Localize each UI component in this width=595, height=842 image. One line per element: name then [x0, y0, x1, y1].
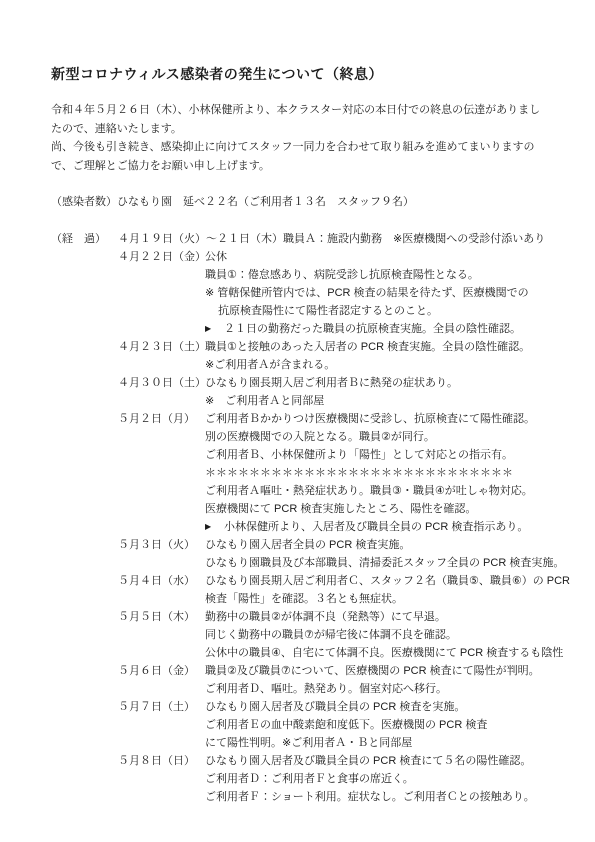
timeline-date: ５月２日（月）: [118, 410, 205, 428]
intro-line: 令和４年５月２６日（木）、小林保健所より、本クラスター対応の本日付での終息の伝達…: [51, 101, 555, 120]
timeline-text: ひなもり園職員及び本部職員、清掃委託スタッフ全員の PCR 検査実施。: [205, 554, 564, 572]
timeline-row: ５月８日（日） ひなもり園入居者及び職員全員の PCR 検査にて５名の陽性確認。: [51, 752, 555, 770]
timeline-row: ご利用者Ａ嘔吐・熱発症状あり。職員③・職員④が吐しゃ物対応。: [51, 482, 555, 500]
timeline-row: にて陽性判明。※ご利用者Ａ・Ｂと同部屋: [51, 734, 555, 752]
timeline-text: 同じく勤務中の職員⑦が帰宅後に体調不良を確認。: [205, 626, 457, 644]
timeline-row: 検査「陽性」を確認。３名とも無症状。: [51, 590, 555, 608]
timeline-row: 抗原検査陽性にて陽性者認定するとのこと。: [51, 302, 555, 320]
intro-line: で、ご理解とご協力をお願い申し上げます。: [51, 157, 555, 176]
timeline-row: ▶小林保健所より、入居者及び職員全員の PCR 検査指示あり。: [51, 518, 555, 536]
timeline-row: ※ 管轄保健所管内では、PCR 検査の結果を待たず、医療機関での: [51, 284, 555, 302]
timeline-text: ひなもり園長期入居ご利用者Ｂに熱発の症状あり。: [205, 374, 458, 392]
timeline-text: 検査「陽性」を確認。３名とも無症状。: [205, 590, 403, 608]
timeline-row: ５月５日（木） 勤務中の職員②が体調不良（発熱等）にて早退。: [51, 608, 555, 626]
timeline-row: ５月７日（土） ひなもり園入居者及び職員全員の PCR 検査を実施。: [51, 698, 555, 716]
timeline-text: ひなもり園入居者及び職員全員の PCR 検査を実施。: [205, 698, 465, 716]
timeline-row: ４月２３日（土） 職員①と接触のあった入居者の PCR 検査実施。全員の陰性確認…: [51, 338, 555, 356]
timeline-row: ご利用者Ｄ：ご利用者Ｆと食事の席近く。: [51, 770, 555, 788]
timeline-row: 同じく勤務中の職員⑦が帰宅後に体調不良を確認。: [51, 626, 555, 644]
timeline-text: 抗原検査陽性にて陽性者認定するとのこと。: [205, 302, 438, 320]
timeline-text: ひなもり園入居者全員の PCR 検査実施。: [205, 536, 410, 554]
timeline-text: 職員①と接触のあった入居者の PCR 検査実施。全員の陰性確認。: [205, 338, 530, 356]
timeline-text: ご利用者Ｄ：ご利用者Ｆと食事の席近く。: [205, 770, 414, 788]
timeline-text: 職員①：倦怠感あり、病院受診し抗原検査陽性となる。: [205, 266, 479, 284]
timeline-date: ５月８日（日）: [118, 752, 205, 770]
timeline-row: ５月３日（火） ひなもり園入居者全員の PCR 検査実施。: [51, 536, 555, 554]
timeline-text: ＊＊＊＊＊＊＊＊＊＊＊＊＊＊＊＊＊＊＊＊＊＊＊＊＊＊＊＊: [205, 464, 513, 482]
intro-line: 尚、今後も引き続き、感染抑止に向けてスタッフ一同力を合わせて取り組みを進めてまい…: [51, 138, 555, 157]
timeline-text: 勤務中の職員②が体調不良（発熱等）にて早退。: [205, 608, 446, 626]
timeline-row: ４月２２日（金） 公休: [51, 248, 555, 266]
timeline-text: にて陽性判明。※ご利用者Ａ・Ｂと同部屋: [205, 734, 412, 752]
timeline-text: ご利用者Ｂ、小林保健所より「陽性」として対応との指示有。: [205, 446, 513, 464]
timeline-date: ４月２３日（土）: [118, 338, 205, 356]
arrow-bullet-icon: ▶: [205, 518, 224, 536]
timeline-text: ▶２１日の勤務だった職員の抗原検査実施。全員の陰性確認。: [205, 320, 521, 338]
timeline-text: ご利用者Ｄ、嘔吐。熱発あり。個室対応へ移行。: [205, 680, 447, 698]
timeline-text: ひなもり園入居者及び職員全員の PCR 検査にて５名の陽性確認。: [205, 752, 531, 770]
timeline-row: ５月２日（月） ご利用者Ｂかかりつけ医療機関に受診し、抗原検査にて陽性確認。: [51, 410, 555, 428]
timeline-date: ４月２２日（金）: [118, 248, 205, 266]
timeline-text: 職員②及び職員⑦について、医療機関の PCR 検査にて陽性が判明。: [205, 662, 540, 680]
timeline-row-label: （経 過）: [51, 230, 118, 248]
timeline-text: ※ ご利用者Ａと同部屋: [205, 392, 324, 410]
timeline-row: ご利用者Ｂ、小林保健所より「陽性」として対応との指示有。: [51, 446, 555, 464]
timeline-text: ご利用者Ａ嘔吐・熱発症状あり。職員③・職員④が吐しゃ物対応。: [205, 482, 533, 500]
timeline-date: ５月４日（水）: [118, 572, 205, 590]
timeline-text: ※ 管轄保健所管内では、PCR 検査の結果を待たず、医療機関での: [205, 284, 529, 302]
timeline-text: 公休中の職員④、自宅にて体調不良。医療機関にて PCR 検査するも陰性: [205, 644, 563, 662]
timeline-date: ４月３０日（土）: [118, 374, 205, 392]
timeline-text: ご利用者Ｂかかりつけ医療機関に受診し、抗原検査にて陽性確認。: [205, 410, 535, 428]
timeline-row: ▶２１日の勤務だった職員の抗原検査実施。全員の陰性確認。: [51, 320, 555, 338]
timeline-text: ご利用者Ｅの血中酸素飽和度低下。医療機関の PCR 検査: [205, 716, 487, 734]
timeline-date: ５月５日（木）: [118, 608, 205, 626]
timeline-row: ご利用者Ｄ、嘔吐。熱発あり。個室対応へ移行。: [51, 680, 555, 698]
timeline-row: 医療機関にて PCR 検査実施したところ、陽性を確認。: [51, 500, 555, 518]
timeline-row: 公休中の職員④、自宅にて体調不良。医療機関にて PCR 検査するも陰性: [51, 644, 555, 662]
timeline-text: ※ご利用者Ａが含まれる。: [205, 356, 335, 374]
timeline-row: 職員①：倦怠感あり、病院受診し抗原検査陽性となる。: [51, 266, 555, 284]
timeline-text: ご利用者Ｆ：ショート利用。症状なし。ご利用者Ｃとの接触あり。: [205, 788, 535, 806]
timeline-text: 別の医療機関での入院となる。職員②が同行。: [205, 428, 435, 446]
timeline-row: ５月６日（金） 職員②及び職員⑦について、医療機関の PCR 検査にて陽性が判明…: [51, 662, 555, 680]
intro-paragraph: 令和４年５月２６日（木）、小林保健所より、本クラスター対応の本日付での終息の伝達…: [51, 101, 555, 175]
timeline-text: ４月１９日（火）～２１日（木）職員Ａ：施設内勤務 ※医療機関への受診付添いあり: [118, 230, 545, 248]
timeline-text: ▶小林保健所より、入居者及び職員全員の PCR 検査指示あり。: [205, 518, 528, 536]
timeline-section: （経 過） ４月１９日（火）～２１日（木）職員Ａ：施設内勤務 ※医療機関への受診…: [51, 230, 555, 806]
timeline-row: ご利用者Ｆ：ショート利用。症状なし。ご利用者Ｃとの接触あり。: [51, 788, 555, 806]
intro-line: たので、連絡いたします。: [51, 120, 555, 139]
timeline-row: ４月３０日（土） ひなもり園長期入居ご利用者Ｂに熱発の症状あり。: [51, 374, 555, 392]
timeline-row: ５月４日（水） ひなもり園長期入居ご利用者Ｃ、スタッフ２名（職員⑤、職員⑥）の …: [51, 572, 555, 590]
timeline-row: ※ご利用者Ａが含まれる。: [51, 356, 555, 374]
timeline-text: 医療機関にて PCR 検査実施したところ、陽性を確認。: [205, 500, 476, 518]
timeline-date: ５月６日（金）: [118, 662, 205, 680]
infected-count-line: （感染者数）ひなもり園 延べ２２名（ご利用者１３名 スタッフ９名）: [51, 193, 555, 211]
timeline-text: 公休: [205, 248, 227, 266]
timeline-row: （経 過） ４月１９日（火）～２１日（木）職員Ａ：施設内勤務 ※医療機関への受診…: [51, 230, 555, 248]
document-page: 新型コロナウィルス感染者の発生について（終息） 令和４年５月２６日（木）、小林保…: [0, 0, 595, 842]
timeline-row: 別の医療機関での入院となる。職員②が同行。: [51, 428, 555, 446]
timeline-row: ひなもり園職員及び本部職員、清掃委託スタッフ全員の PCR 検査実施。: [51, 554, 555, 572]
page-title: 新型コロナウィルス感染者の発生について（終息）: [51, 64, 555, 84]
timeline-row: ※ ご利用者Ａと同部屋: [51, 392, 555, 410]
arrow-bullet-icon: ▶: [205, 320, 224, 338]
timeline-date: ５月７日（土）: [118, 698, 205, 716]
timeline-row: ご利用者Ｅの血中酸素飽和度低下。医療機関の PCR 検査: [51, 716, 555, 734]
timeline-row: ＊＊＊＊＊＊＊＊＊＊＊＊＊＊＊＊＊＊＊＊＊＊＊＊＊＊＊＊: [51, 464, 555, 482]
timeline-text: ひなもり園長期入居ご利用者Ｃ、スタッフ２名（職員⑤、職員⑥）の PCR: [205, 572, 570, 590]
timeline-date: ５月３日（火）: [118, 536, 205, 554]
